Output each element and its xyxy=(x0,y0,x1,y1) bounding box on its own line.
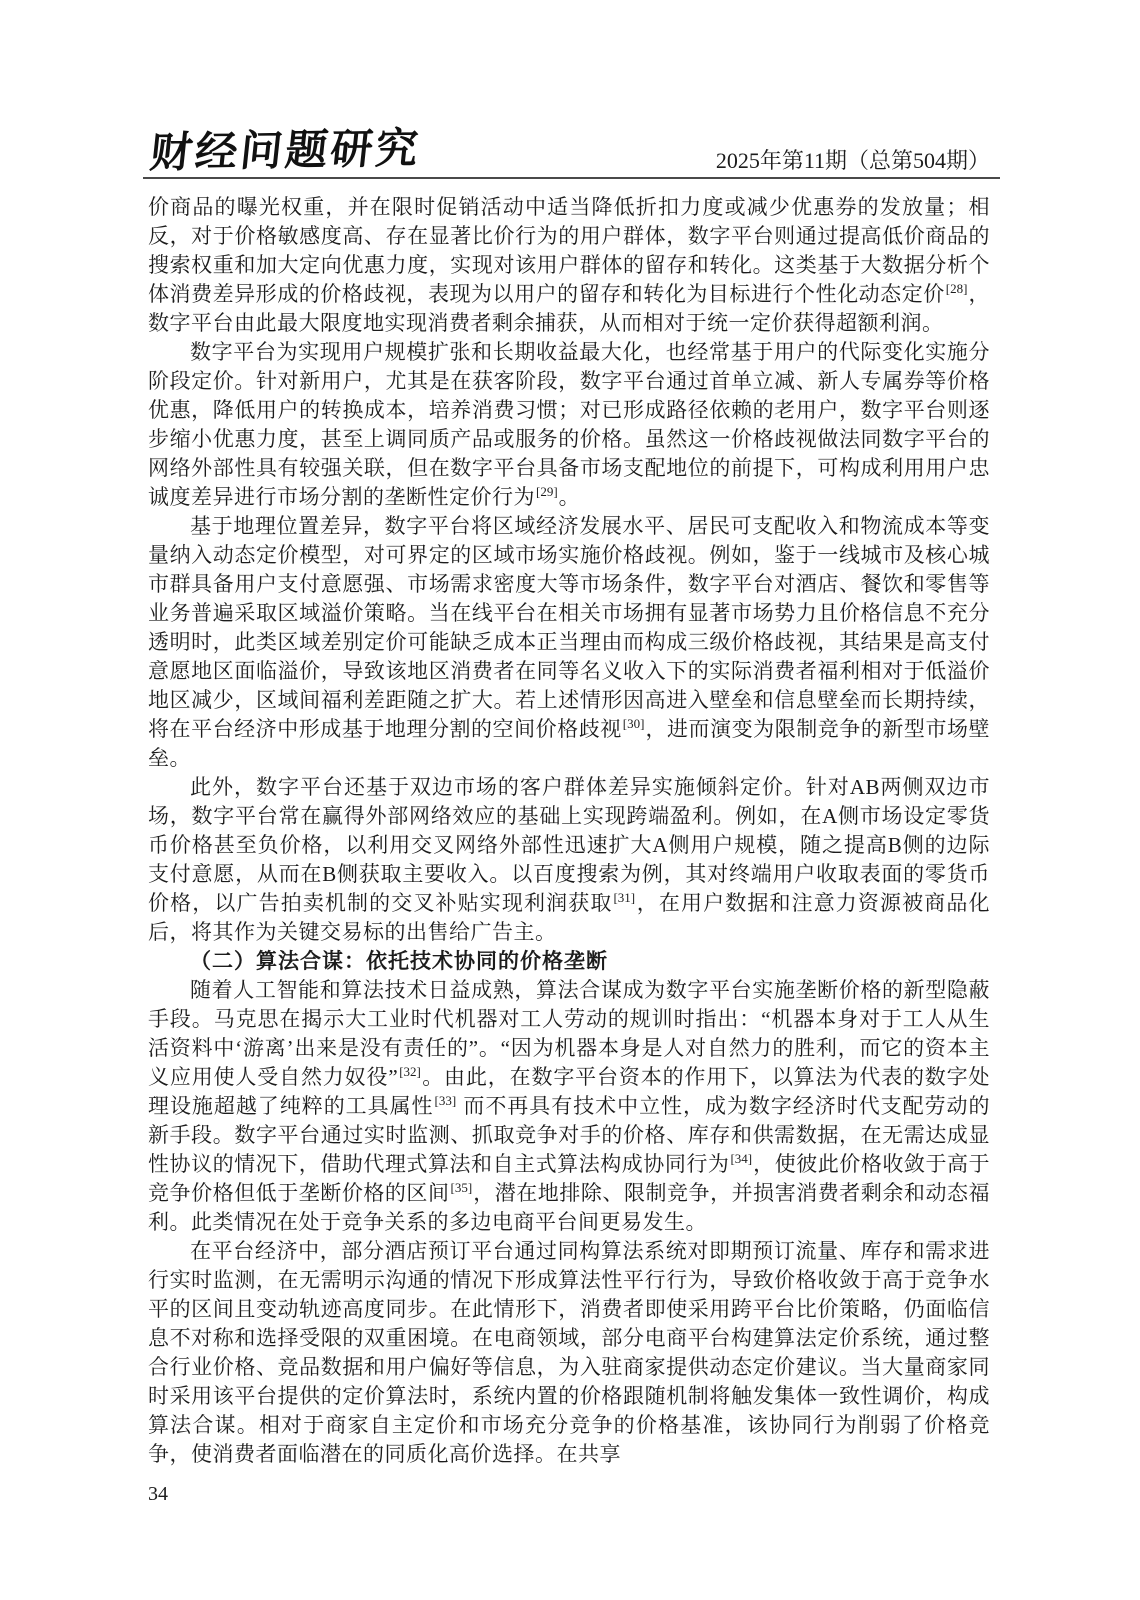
citation-ref: [34] xyxy=(729,1151,753,1166)
citation-ref: [32] xyxy=(398,1064,422,1079)
page-number: 34 xyxy=(148,1483,990,1506)
section-heading: （二）算法合谋：依托技术协同的价格垄断 xyxy=(148,947,990,976)
journal-logo: 财经问题研究 xyxy=(148,127,423,174)
article-body: 价商品的曝光权重，并在限时促销活动中适当降低折扣力度或减少优惠券的发放量；相反，… xyxy=(148,193,990,1469)
issue-info: 2025年第11期（总第504期） xyxy=(716,150,990,174)
page-footer: 34 xyxy=(148,1483,990,1506)
citation-ref: [35] xyxy=(450,1180,474,1195)
paragraph: 数字平台为实现用户规模扩张和长期收益最大化，也经常基于用户的代际变化实施分阶段定… xyxy=(148,338,990,512)
paragraph: 随着人工智能和算法技术日益成熟，算法合谋成为数字平台实施垄断价格的新型隐蔽手段。… xyxy=(148,976,990,1237)
citation-ref: [33] xyxy=(434,1093,458,1108)
citation-ref: [30] xyxy=(622,716,646,731)
paragraph: 此外，数字平台还基于双边市场的客户群体差异实施倾斜定价。针对AB两侧双边市场，数… xyxy=(148,773,990,947)
header-divider xyxy=(143,177,1000,179)
paragraph: 价商品的曝光权重，并在限时促销活动中适当降低折扣力度或减少优惠券的发放量；相反，… xyxy=(148,193,990,338)
paragraph: 在平台经济中，部分酒店预订平台通过同构算法系统对即期预订流量、库存和需求进行实时… xyxy=(148,1237,990,1469)
citation-ref: [29] xyxy=(535,484,559,499)
journal-page: 财经问题研究 2025年第11期（总第504期） 价商品的曝光权重，并在限时促销… xyxy=(0,0,1140,1600)
citation-ref: [31] xyxy=(612,890,636,905)
citation-ref: [28] xyxy=(945,281,969,296)
page-header: 财经问题研究 2025年第11期（总第504期） xyxy=(148,128,990,174)
paragraph: 基于地理位置差异，数字平台将区域经济发展水平、居民可支配收入和物流成本等变量纳入… xyxy=(148,512,990,773)
